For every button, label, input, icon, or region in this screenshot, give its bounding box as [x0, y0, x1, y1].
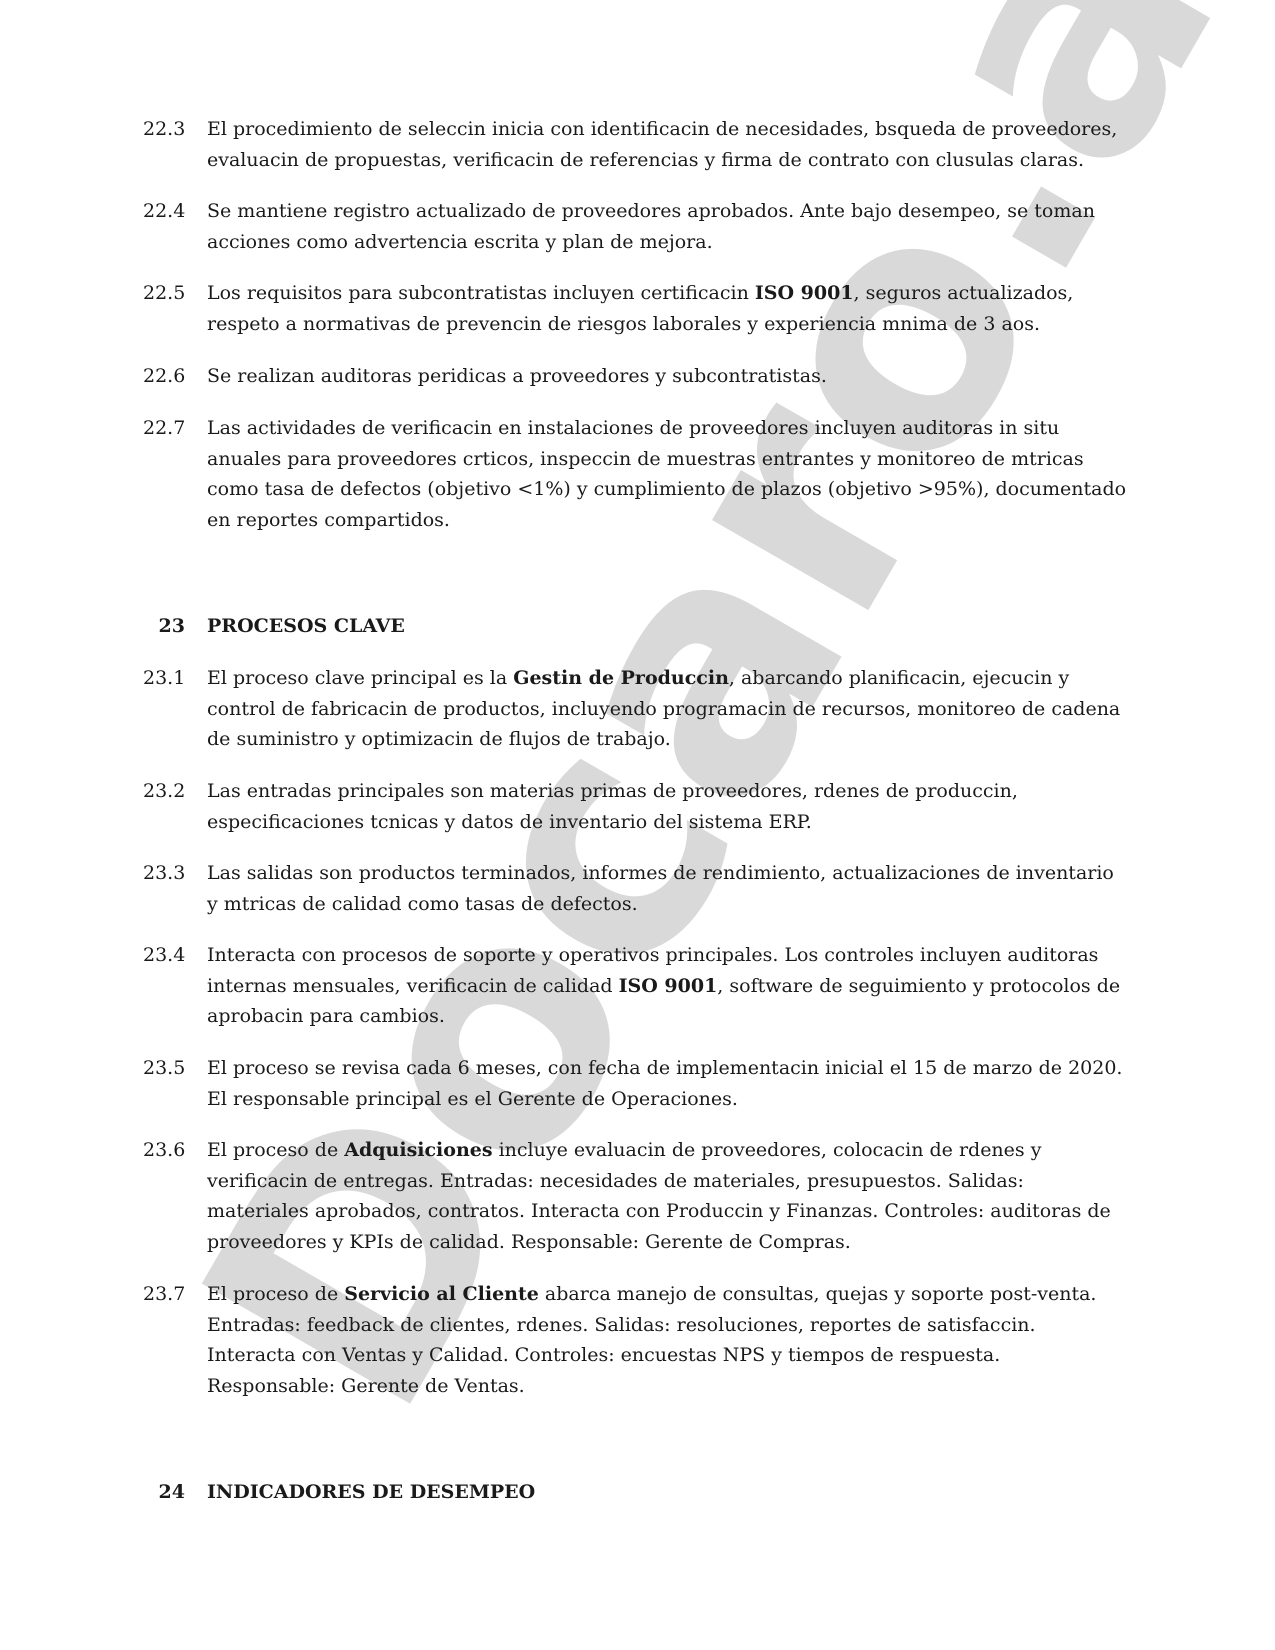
bold-term: Servicio al Cliente: [344, 1283, 539, 1305]
clause-number: 23.6: [143, 1135, 203, 1166]
clause-23-3: 23.3 Las salidas son productos terminado…: [143, 858, 1133, 919]
clause-23-7: 23.7 El proceso de Servicio al Cliente a…: [143, 1279, 1133, 1402]
clause-number: 23.3: [143, 858, 203, 889]
clause-number: 22.4: [143, 196, 203, 227]
clause-text: El procedimiento de seleccin inicia con …: [207, 114, 1127, 175]
bold-term: Gestin de Produccin: [513, 667, 729, 689]
bold-term: ISO 9001: [755, 282, 854, 304]
clause-23-1: 23.1 El proceso clave principal es la Ge…: [143, 663, 1133, 755]
clause-text: El proceso clave principal es la Gestin …: [207, 663, 1127, 755]
clause-number: 23.1: [143, 663, 203, 694]
clause-23-6: 23.6 El proceso de Adquisiciones incluye…: [143, 1135, 1133, 1258]
section-heading-24: 24INDICADORES DE DESEMPEO: [143, 1477, 535, 1508]
clause-text: El proceso de Adquisiciones incluye eval…: [207, 1135, 1127, 1258]
section-title: PROCESOS CLAVE: [207, 615, 405, 637]
clause-22-4: 22.4 Se mantiene registro actualizado de…: [143, 196, 1133, 257]
clause-number: 23.7: [143, 1279, 203, 1310]
bold-term: ISO 9001: [619, 975, 718, 997]
clause-22-6: 22.6 Se realizan auditoras peridicas a p…: [143, 361, 1133, 392]
clause-number: 22.7: [143, 413, 203, 444]
clause-text: Las actividades de verificacin en instal…: [207, 413, 1127, 536]
clause-number: 23.4: [143, 940, 203, 971]
bold-term: Adquisiciones: [344, 1139, 492, 1161]
clause-text: Las salidas son productos terminados, in…: [207, 858, 1127, 919]
document-page: Docaro.ai 22.3 El procedimiento de selec…: [0, 0, 1275, 1650]
clause-text: Los requisitos para subcontratistas incl…: [207, 278, 1127, 339]
clause-text: El proceso se revisa cada 6 meses, con f…: [207, 1053, 1127, 1114]
clause-22-7: 22.7 Las actividades de verificacin en i…: [143, 413, 1133, 536]
clause-22-5: 22.5 Los requisitos para subcontratistas…: [143, 278, 1133, 339]
clause-text: Se realizan auditoras peridicas a provee…: [207, 361, 1127, 392]
clause-text: El proceso de Servicio al Cliente abarca…: [207, 1279, 1127, 1402]
clause-number: 22.3: [143, 114, 203, 145]
clause-text: Interacta con procesos de soporte y oper…: [207, 940, 1127, 1032]
clause-text: Las entradas principales son materias pr…: [207, 776, 1127, 837]
clause-23-4: 23.4 Interacta con procesos de soporte y…: [143, 940, 1133, 1032]
clause-number: 22.5: [143, 278, 203, 309]
clause-22-3: 22.3 El procedimiento de seleccin inicia…: [143, 114, 1133, 175]
clause-number: 23.2: [143, 776, 203, 807]
section-number: 23: [143, 611, 185, 642]
clause-number: 22.6: [143, 361, 203, 392]
section-title: INDICADORES DE DESEMPEO: [207, 1481, 535, 1503]
clause-number: 23.5: [143, 1053, 203, 1084]
clause-text: Se mantiene registro actualizado de prov…: [207, 196, 1127, 257]
clause-23-2: 23.2 Las entradas principales son materi…: [143, 776, 1133, 837]
clause-23-5: 23.5 El proceso se revisa cada 6 meses, …: [143, 1053, 1133, 1114]
section-heading-23: 23PROCESOS CLAVE: [143, 611, 405, 642]
section-number: 24: [143, 1477, 185, 1508]
